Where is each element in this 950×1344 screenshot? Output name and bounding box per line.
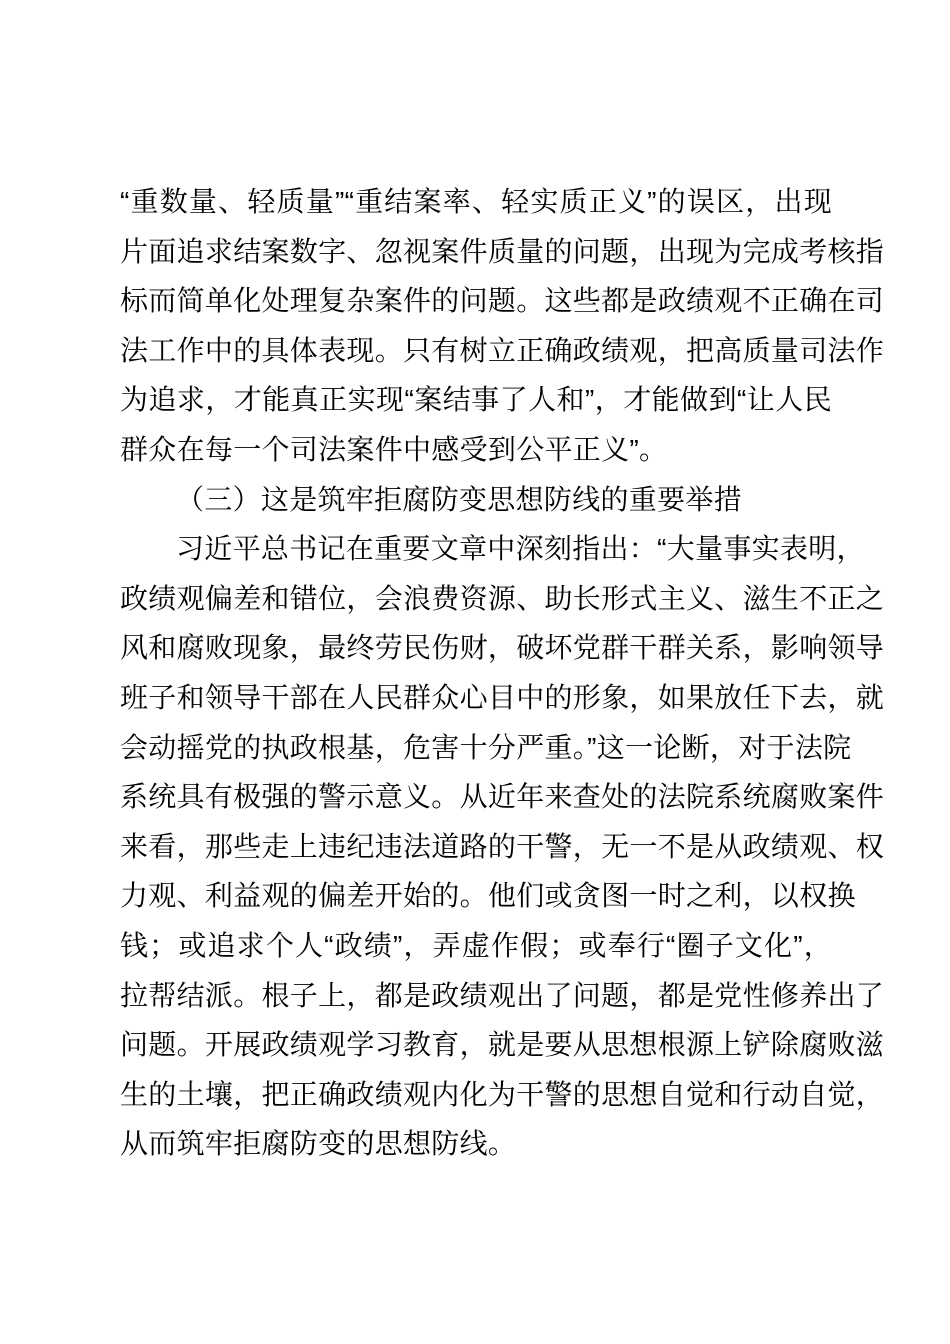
paragraph-end-line: 群众在每一个司法案件中感受到公平正义”。 bbox=[120, 425, 832, 475]
text-line: 生的土壤，把正确政绩观内化为干警的思想自觉和行动自觉， bbox=[120, 1070, 832, 1120]
paragraph-first-line: 习近平总书记在重要文章中深刻指出：“大量事实表明， bbox=[120, 524, 832, 574]
paragraph-end-line: 从而筑牢拒腐防变的思想防线。 bbox=[120, 1119, 832, 1169]
text-line: 政绩观偏差和错位，会浪费资源、助长形式主义、滋生不正之 bbox=[120, 574, 832, 624]
text-line: 片面追求结案数字、忽视案件质量的问题，出现为完成考核指 bbox=[120, 227, 832, 277]
text-line: 钱；或追求个人“政绩”，弄虚作假；或奉行“圈子文化”， bbox=[120, 921, 832, 971]
text-line: 为追求，才能真正实现“案结事了人和”，才能做到“让人民 bbox=[120, 375, 832, 425]
section-heading: （三）这是筑牢拒腐防变思想防线的重要举措 bbox=[120, 475, 832, 525]
text-line: 来看，那些走上违纪违法道路的干警，无一不是从政绩观、权 bbox=[120, 822, 832, 872]
text-line: 法工作中的具体表现。只有树立正确政绩观，把高质量司法作 bbox=[120, 326, 832, 376]
text-line: “重数量、轻质量”“重结案率、轻实质正义”的误区，出现 bbox=[120, 177, 832, 227]
text-line: 系统具有极强的警示意义。从近年来查处的法院系统腐败案件 bbox=[120, 772, 832, 822]
document-page: “重数量、轻质量”“重结案率、轻实质正义”的误区，出现 片面追求结案数字、忽视案… bbox=[0, 0, 950, 1344]
text-line: 班子和领导干部在人民群众心目中的形象，如果放任下去，就 bbox=[120, 673, 832, 723]
text-line: 拉帮结派。根子上，都是政绩观出了问题，都是党性修养出了 bbox=[120, 971, 832, 1021]
text-line: 力观、利益观的偏差开始的。他们或贪图一时之利，以权换 bbox=[120, 871, 832, 921]
text-line: 问题。开展政绩观学习教育，就是要从思想根源上铲除腐败滋 bbox=[120, 1020, 832, 1070]
text-line: 标而简单化处理复杂案件的问题。这些都是政绩观不正确在司 bbox=[120, 276, 832, 326]
document-text-block: “重数量、轻质量”“重结案率、轻实质正义”的误区，出现 片面追求结案数字、忽视案… bbox=[120, 177, 832, 1169]
text-line: 风和腐败现象，最终劳民伤财，破坏党群干群关系，影响领导 bbox=[120, 623, 832, 673]
text-line: 会动摇党的执政根基，危害十分严重。”这一论断，对于法院 bbox=[120, 723, 832, 773]
